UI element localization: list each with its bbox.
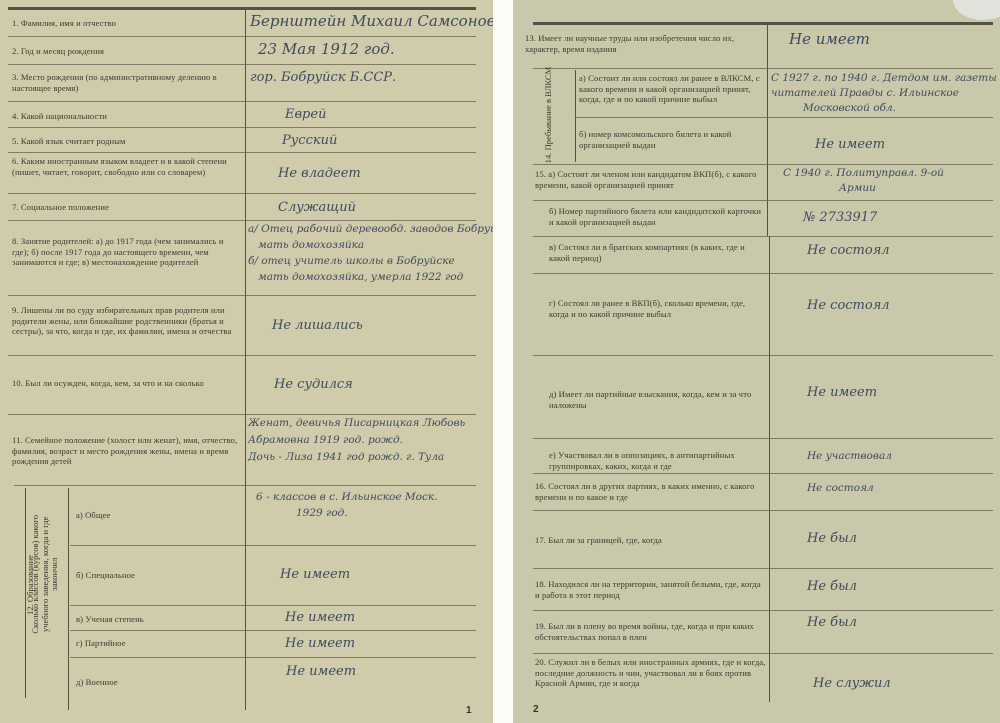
komsomol-label-a: а) Состоит ли или состоял ли ранее в ВЛК… (579, 73, 765, 105)
party-label-c: в) Состоял ли в братских компартиях (в к… (549, 242, 767, 263)
komsomol-answer-a-line-1: С 1927 г. по 1940 г. Детдом им. газеты (771, 71, 997, 86)
field-answer-18: Не был (807, 579, 857, 594)
party-answer-d: Не состоял (807, 298, 890, 313)
party-answer-a-line-1: С 1940 г. Политуправл. 9-ой (783, 166, 944, 181)
field-answer-2: 23 Мая 1912 год. (258, 42, 395, 57)
row-divider (8, 36, 476, 37)
party-label-d: г) Состоял ли ранее в ВКП(б), сколько вр… (549, 298, 767, 319)
row-divider (533, 438, 993, 439)
field-answer-4: Еврей (285, 107, 326, 122)
komsomol-answer-a-line-3: Московской обл. (803, 101, 896, 116)
form-page-2: 13. Имеет ли научные труды или изобретен… (513, 0, 1000, 723)
field-label-11: 11. Семейное положение (холост или женат… (12, 435, 242, 467)
field-label-13: 13. Имеет ли научные труды или изобретен… (525, 33, 765, 54)
field-answer-11-line-3: Дочь - Лиза 1941 год рожд. г. Тула (248, 450, 444, 465)
education-subtitle: Сколько классов (курсов) какого учебного… (31, 504, 60, 644)
field-answer-3: гор. Бобруйск Б.ССР. (250, 70, 396, 85)
field-answer-11-line-2: Абрамовна 1919 год. рожд. (248, 433, 403, 448)
row-divider (533, 473, 993, 474)
party-answer-b: № 2733917 (803, 210, 877, 225)
column-divider (769, 236, 770, 702)
field-label-8: 8. Занятие родителей: а) до 1917 года (ч… (12, 236, 242, 268)
row-divider (533, 236, 993, 237)
field-answer-9: Не лишались (272, 318, 363, 333)
komsomol-divider (575, 70, 576, 162)
row-divider (533, 164, 993, 165)
row-divider (533, 355, 993, 356)
education-answer-general-line-1: 6 - классов в с. Ильинское Моск. (256, 490, 437, 505)
party-answer-e: Не имеет (807, 385, 877, 400)
page-number: 2 (533, 704, 539, 715)
field-answer-8-line-4: мать домохозяйка, умерла 1922 год (258, 270, 463, 285)
row-divider (8, 152, 476, 153)
row-divider (70, 657, 476, 658)
field-answer-19: Не был (807, 615, 857, 630)
row-divider (70, 605, 476, 606)
field-label-9: 9. Лишены ли по суду избирательных прав … (12, 305, 242, 337)
field-answer-17: Не был (807, 531, 857, 546)
komsomol-answer-b: Не имеет (815, 137, 885, 152)
party-answer-f: Не участвовал (807, 449, 892, 464)
row-divider (533, 273, 993, 274)
field-label-7: 7. Социальное положение (12, 202, 242, 213)
field-answer-1: Бернштейн Михаил Самсонович (250, 14, 493, 29)
row-divider (575, 117, 993, 118)
field-label-3: 3. Место рождения (по административному … (12, 72, 242, 93)
field-answer-11-line-1: Женат, девичья Писарницкая Любовь (248, 416, 465, 431)
row-divider (533, 510, 993, 511)
field-label-16: 16. Состоял ли в других партиях, в каких… (535, 481, 767, 502)
party-label-a: 15. а) Состоит ли членом или кандидатом … (535, 169, 767, 190)
field-label-4: 4. Какой национальности (12, 111, 242, 122)
education-divider (68, 488, 69, 710)
field-answer-5: Русский (282, 133, 337, 148)
field-label-10: 10. Был ли осужден, когда, кем, за что и… (12, 378, 242, 389)
top-rule (533, 22, 993, 25)
field-label-1: 1. Фамилия, имя и отчество (12, 18, 242, 29)
row-divider (8, 193, 476, 194)
field-answer-10: Не судился (274, 377, 353, 392)
field-answer-13: Не имеет (789, 32, 870, 47)
education-label-general: а) Общее (76, 510, 110, 521)
row-divider (8, 127, 476, 128)
field-label-17: 17. Был ли за границей, где, когда (535, 535, 767, 546)
page-number: 1 (466, 705, 472, 716)
field-label-2: 2. Год и месяц рождения (12, 46, 242, 57)
field-label-5: 5. Какой язык считает родным (12, 136, 242, 147)
party-label-e: д) Имеет ли партийные взыскания, когда, … (549, 389, 767, 410)
komsomol-answer-a-line-2: читателей Правды с. Ильинское (771, 86, 959, 101)
row-divider (8, 414, 476, 415)
top-rule (8, 7, 476, 10)
row-divider (533, 653, 993, 654)
education-answer-party: Не имеет (285, 636, 355, 651)
page-gutter (493, 0, 513, 723)
education-answer-general-line-2: 1929 год. (296, 506, 348, 521)
education-label-degree: в) Ученая степень (76, 614, 144, 625)
education-answer-degree: Не имеет (285, 610, 355, 625)
party-label-b: б) Номер партийного билета или кандидатс… (549, 206, 767, 227)
column-divider (767, 24, 768, 236)
education-label-special: б) Специальное (76, 570, 135, 581)
field-answer-8-line-2: мать домохозяйка (258, 238, 364, 253)
komsomol-title: 14. Пребывание в ВЛКСМ (543, 60, 553, 170)
field-label-6: 6. Каким иностранным языком владеет и в … (12, 156, 242, 177)
field-answer-16: Не состоял (807, 481, 874, 496)
row-divider (8, 295, 476, 296)
field-answer-6: Не владеет (278, 166, 361, 181)
row-divider (533, 200, 993, 201)
party-label-f: е) Участвовал ли в оппозициях, в антипар… (549, 450, 767, 471)
education-label-party: г) Партийное (76, 638, 126, 649)
field-answer-8-line-1: а/ Отец рабочий деревообд. заводов Бобру… (248, 222, 493, 237)
field-answer-8-line-3: б/ отец учитель школы в Бобруйске (248, 254, 455, 269)
party-answer-a-line-2: Армии (839, 181, 876, 196)
form-page-1: 1. Фамилия, имя и отчество Бернштейн Мих… (0, 0, 493, 723)
party-answer-c: Не состоял (807, 243, 890, 258)
row-divider (14, 485, 476, 486)
education-answer-military: Не имеет (286, 664, 356, 679)
row-divider (8, 220, 476, 221)
row-divider (533, 568, 993, 569)
field-label-18: 18. Находился ли на территории, занятой … (535, 579, 767, 600)
row-divider (533, 610, 993, 611)
row-divider (8, 355, 476, 356)
field-answer-7: Служащий (278, 200, 356, 215)
row-divider (70, 545, 476, 546)
komsomol-label-b: б) номер комсомольского билета и какой о… (579, 129, 765, 150)
education-label-military: д) Военное (76, 677, 118, 688)
field-answer-20: Не служил (813, 676, 891, 691)
row-divider (8, 101, 476, 102)
field-label-19: 19. Был ли в плену во время войны, где, … (535, 621, 767, 642)
row-divider (8, 64, 476, 65)
field-label-20: 20. Служил ли в белых или иностранных ар… (535, 657, 767, 689)
paper-stain (953, 0, 1000, 20)
row-divider (533, 68, 993, 69)
row-divider (70, 630, 476, 631)
education-answer-special: Не имеет (280, 567, 350, 582)
